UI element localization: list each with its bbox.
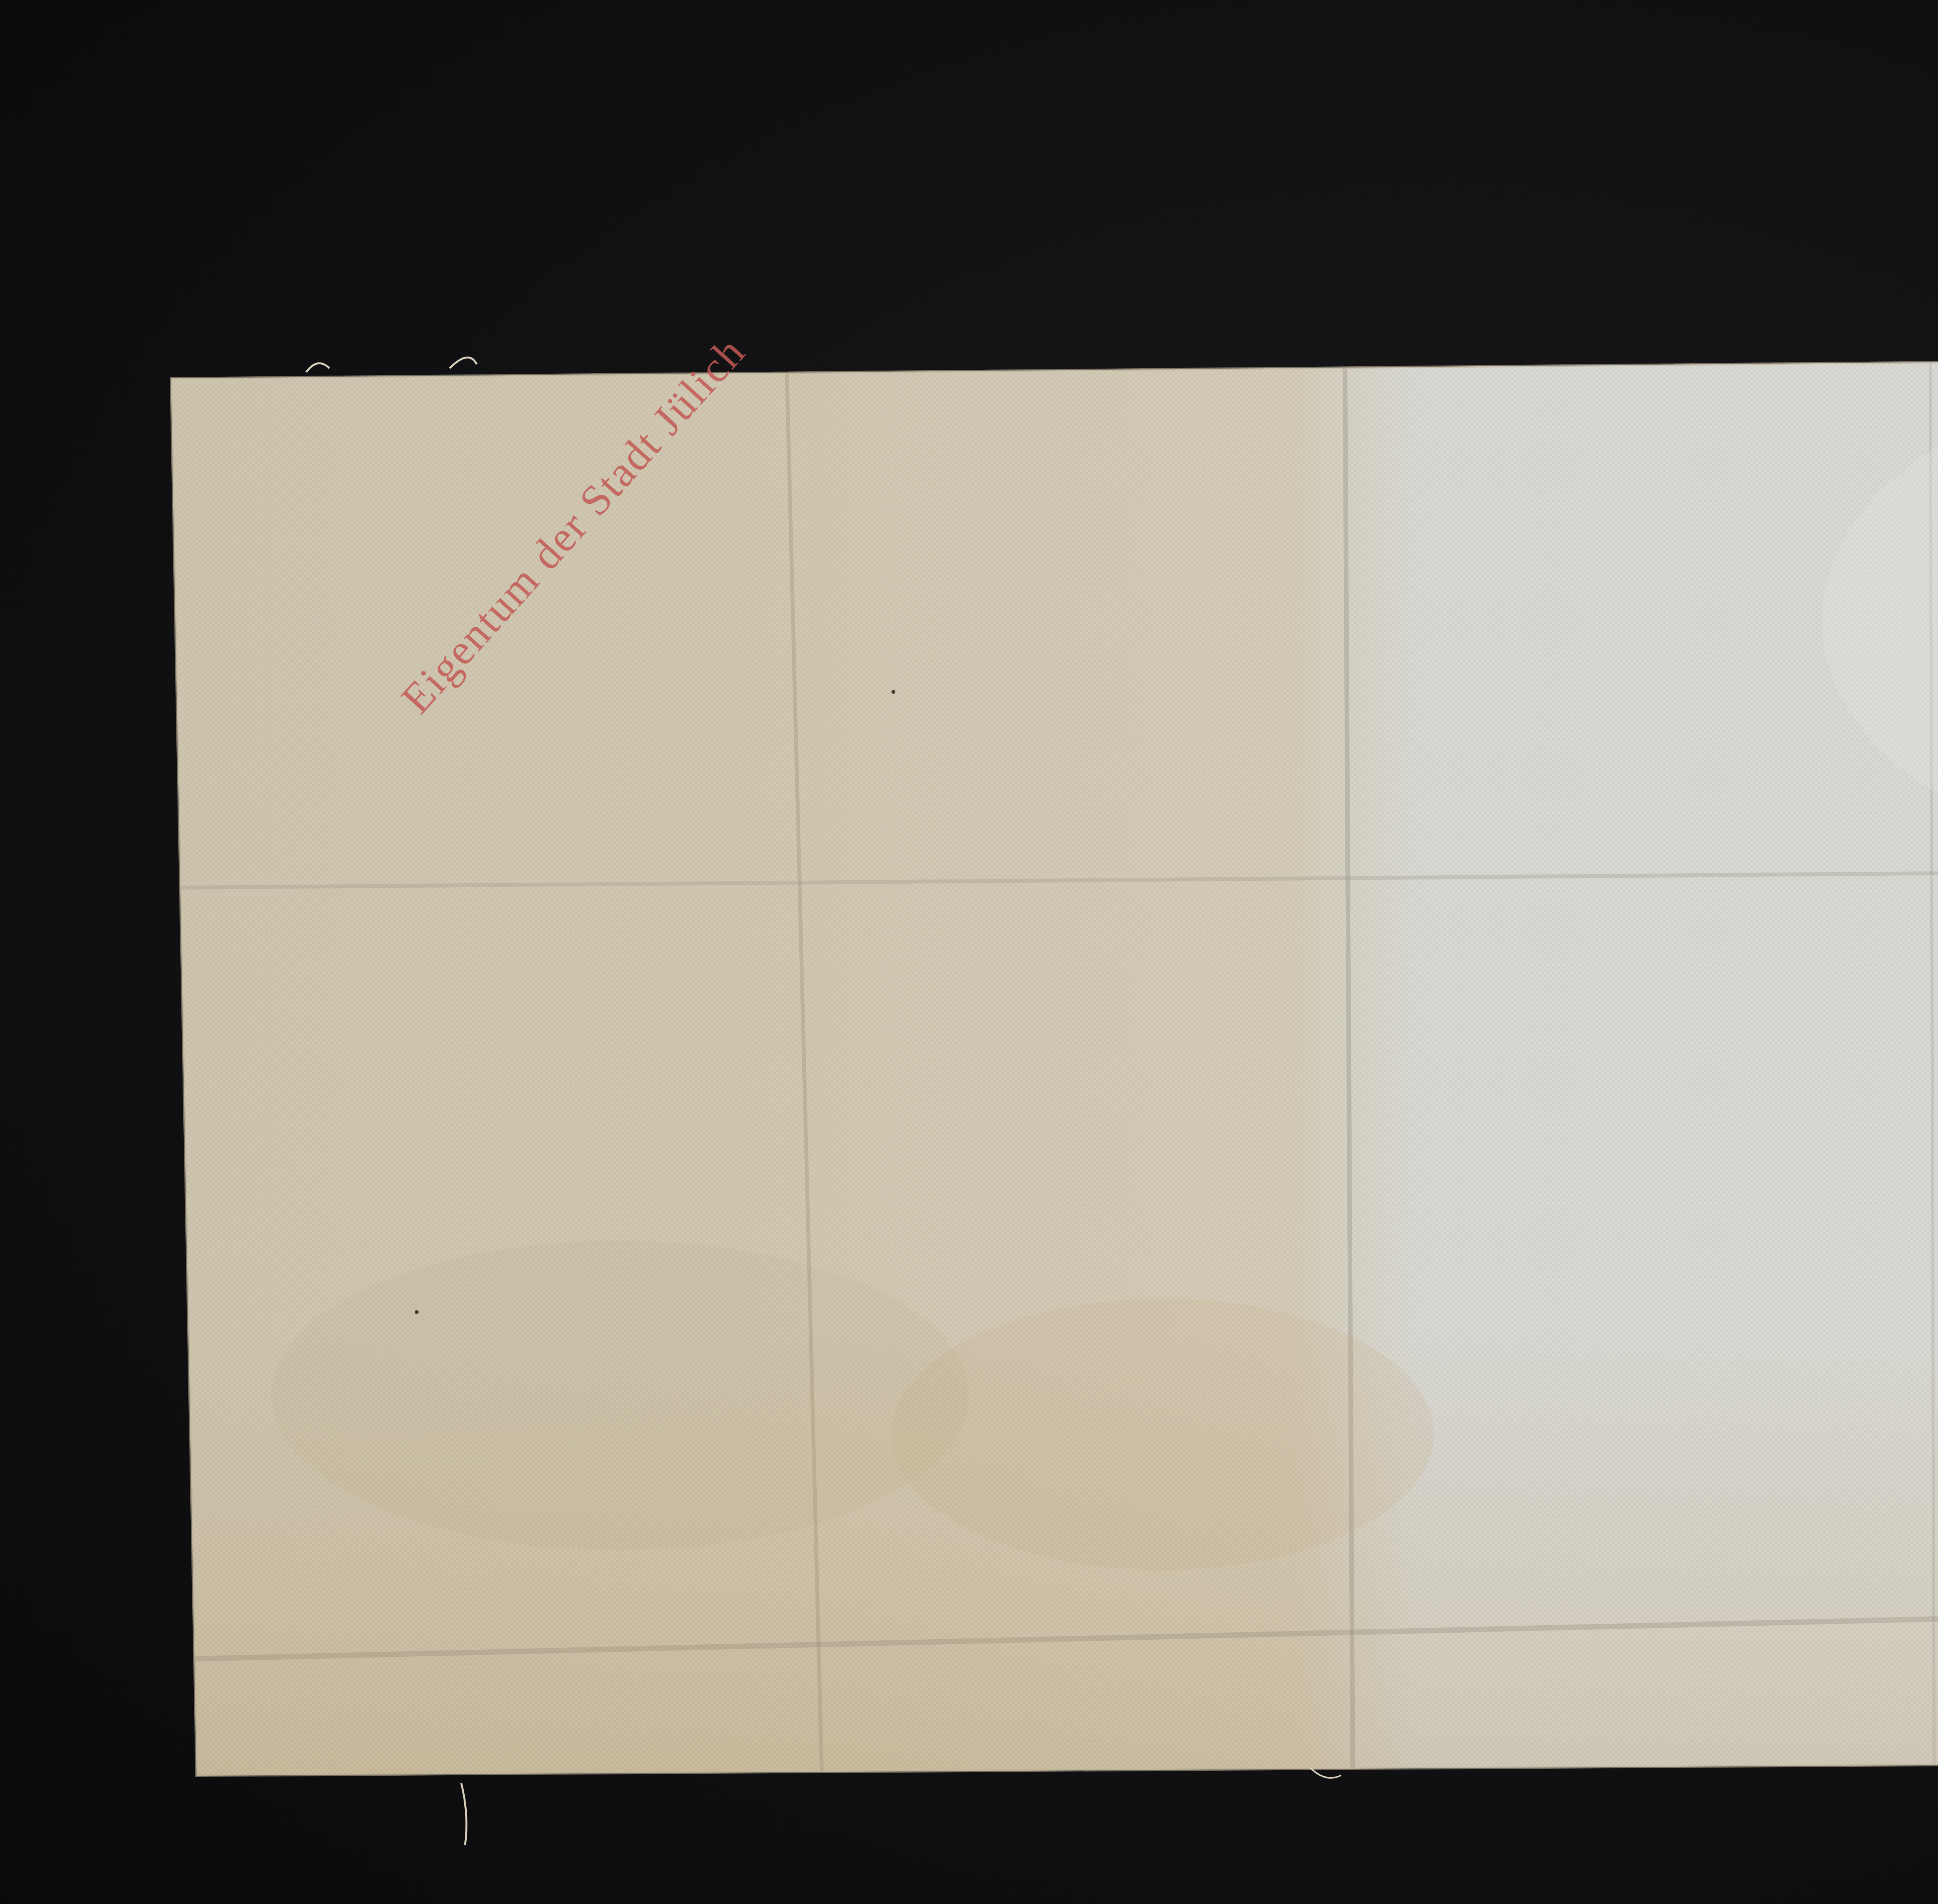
- stain-speck: [415, 1310, 419, 1314]
- textile-cloth: [0, 0, 1938, 1904]
- stain-speck: [891, 690, 895, 694]
